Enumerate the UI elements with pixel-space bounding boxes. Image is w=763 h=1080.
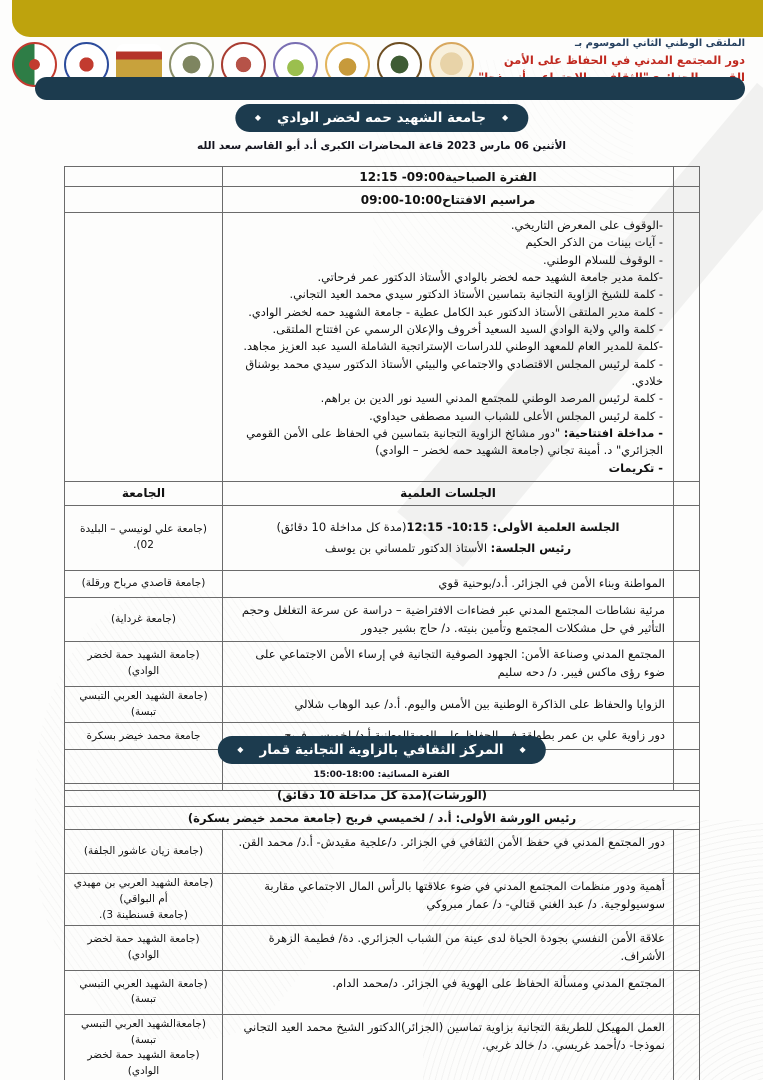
- venue2-title: المركز الثقافي بالزاوية التجانية قمار: [259, 742, 503, 758]
- workshops-header-row: (الورشات)(مدة كل مداخلة 10 دقائق): [65, 784, 700, 807]
- empty-cell: [65, 213, 223, 482]
- evening-papers: دور المجتمع المدني في حفظ الأمن الثقافي …: [65, 830, 700, 1080]
- empty-cell: [674, 187, 700, 213]
- paper-row: المجتمع المدني ومسألة الحفاظ على الهوية …: [65, 970, 700, 1014]
- paper-title: دور المجتمع المدني في حفظ الأمن الثقافي …: [223, 830, 674, 874]
- venue1-title-pill: ◆ جامعة الشهيد حمه لخضر الوادي ◆: [235, 104, 528, 132]
- empty-cell: [674, 874, 700, 926]
- ceremony-item: -كلمة مدير جامعة الشهيد حمه لخضر بالوادي…: [227, 269, 663, 286]
- paper-university: (جامعة الشهيد العربي التبسي تبسة): [65, 686, 223, 723]
- session-date-location: الأثنين 06 مارس 2023 قاعة المحاضرات الكب…: [0, 140, 763, 152]
- diamond-icon: ◆: [237, 746, 243, 754]
- workshop-chair: رئيس الورشة الأولى: أ.د / لخميسي فريح (ج…: [65, 807, 700, 830]
- paper-university: (جامعة زيان عاشور الجلفة): [65, 830, 223, 874]
- session1-header-row: الجلسة العلمية الأولى: 10:15- 12:15(مدة …: [65, 505, 700, 570]
- paper-university: (جامعة الشهيد حمة لخضر الوادي): [65, 642, 223, 687]
- morning-period: الفترة الصباحية09:00- 12:15: [223, 167, 674, 187]
- paper-row: أهمية ودور منظمات المجتمع المدني في ضوء …: [65, 874, 700, 926]
- ceremony-item: - الوقوف للسلام الوطني.: [227, 252, 663, 269]
- paper-university: جامعة محمد خيضر بسكرة: [65, 723, 223, 750]
- paper-university: (جامعة الشهيد العربي بن مهيدي أم البواقي…: [65, 874, 223, 926]
- forum-title-line1: دور المجتمع المدني في الحفاظ على الأمن: [445, 52, 745, 69]
- empty-cell: [674, 830, 700, 874]
- paper-university: (جامعة الشهيد حمة لخضر الوادي): [65, 926, 223, 971]
- top-gold-bar: [12, 0, 763, 37]
- session1-title-line: الجلسة العلمية الأولى: 10:15- 12:15(مدة …: [229, 517, 667, 538]
- ceremony-item: -كلمة للمدير العام للمعهد الوطني للدراسا…: [227, 338, 663, 355]
- workshops-header: (الورشات)(مدة كل مداخلة 10 دقائق): [65, 784, 700, 807]
- ceremony-header: مراسيم الافتتاح10:00-09:00: [223, 187, 674, 213]
- evening-period: الفترة المسائية: 18:00-15:00: [0, 770, 763, 780]
- paper-row: الزوايا والحفاظ على الذاكرة الوطنية بين …: [65, 686, 700, 723]
- paper-title: أهمية ودور منظمات المجتمع المدني في ضوء …: [223, 874, 674, 926]
- empty-cell: [674, 167, 700, 187]
- ceremony-items-list: -الوقوف على المعرض التاريخي. - آيات بينا…: [227, 217, 663, 477]
- empty-cell: [674, 570, 700, 597]
- evening-schedule-table: (الورشات)(مدة كل مداخلة 10 دقائق) رئيس ا…: [64, 783, 700, 1080]
- empty-cell: [674, 505, 700, 570]
- paper-title: المجتمع المدني وصناعة الأمن: الجهود الصو…: [223, 642, 674, 687]
- paper-row: مرئية نشاطات المجتمع المدني عبر فضاءات ا…: [65, 597, 700, 642]
- ceremony-item: - كلمة مدير الملتقى الأستاذ الدكتور عبد …: [227, 304, 663, 321]
- empty-cell: [65, 187, 223, 213]
- ceremony-item: -الوقوف على المعرض التاريخي.: [227, 217, 663, 234]
- empty-cell: [674, 597, 700, 642]
- ceremony-item: - كلمة والي ولاية الوادي السيد السعيد أخ…: [227, 321, 663, 338]
- paper-university: (جامعةالشهيد العربي التبسي تبسة) (جامعة …: [65, 1014, 223, 1080]
- paper-university: (جامعة الشهيد العربي التبسي تبسة): [65, 970, 223, 1014]
- venue2-title-pill: ◆ المركز الثقافي بالزاوية التجانية قمار …: [217, 736, 545, 764]
- session1-chair-line: رئيس الجلسة: الأستاذ الدكتور تلمساني بن …: [229, 538, 667, 559]
- empty-cell: [674, 642, 700, 687]
- table-row: الفترة الصباحية09:00- 12:15: [65, 167, 700, 187]
- empty-cell: [674, 723, 700, 750]
- paper-title: المواطنة وبناء الأمن في الجزائر. أ.د/بوح…: [223, 570, 674, 597]
- table-header-row: الجلسات العلمية الجامعة: [65, 481, 700, 505]
- paper-title: العمل المهيكل للطريقة التجانية بزاوية تم…: [223, 1014, 674, 1080]
- forum-pretitle: الملتقى الوطني الثاني الموسوم بـ: [445, 38, 745, 49]
- ceremony-item: - كلمة لرئيس المجلس الاقتصادي والاجتماعي…: [227, 356, 663, 391]
- diamond-icon: ◆: [520, 746, 526, 754]
- empty-cell: [674, 926, 700, 971]
- empty-cell: [674, 481, 700, 505]
- paper-title: الزوايا والحفاظ على الذاكرة الوطنية بين …: [223, 686, 674, 723]
- paper-row: دور المجتمع المدني في حفظ الأمن الثقافي …: [65, 830, 700, 874]
- paper-title: علاقة الأمن النفسي بجودة الحياة لدى عينة…: [223, 926, 674, 971]
- venue1-title: جامعة الشهيد حمه لخضر الوادي: [277, 110, 486, 126]
- ceremony-item: - كلمة لرئيس المجلس الأعلى للشباب السيد …: [227, 408, 663, 425]
- paper-title: مرئية نشاطات المجتمع المدني عبر فضاءات ا…: [223, 597, 674, 642]
- empty-cell: [674, 686, 700, 723]
- paper-university: (جامعة قاصدي مرباح ورقلة): [65, 570, 223, 597]
- session1-university: (جامعة علي لونيسي – البليدة 02).: [65, 505, 223, 570]
- empty-cell: [674, 1014, 700, 1080]
- ceremony-item: - كلمة للشيخ الزاوية التجانية بتماسين ال…: [227, 286, 663, 303]
- column-header-sessions: الجلسات العلمية: [223, 481, 674, 505]
- navy-divider-band: [35, 77, 745, 100]
- diamond-icon: ◆: [502, 114, 508, 122]
- ceremony-item: - تكريمات: [227, 460, 663, 477]
- paper-university: (جامعة غرداية): [65, 597, 223, 642]
- empty-cell: [674, 213, 700, 482]
- morning-papers: المواطنة وبناء الأمن في الجزائر. أ.د/بوح…: [65, 570, 700, 749]
- table-row: -الوقوف على المعرض التاريخي. - آيات بينا…: [65, 213, 700, 482]
- ceremony-item: - كلمة لرئيس المرصد الوطني للمجتمع المدن…: [227, 390, 663, 407]
- paper-row: العمل المهيكل للطريقة التجانية بزاوية تم…: [65, 1014, 700, 1080]
- workshop-chair-row: رئيس الورشة الأولى: أ.د / لخميسي فريح (ج…: [65, 807, 700, 830]
- paper-row: المجتمع المدني وصناعة الأمن: الجهود الصو…: [65, 642, 700, 687]
- table-row: مراسيم الافتتاح10:00-09:00: [65, 187, 700, 213]
- empty-cell: [65, 167, 223, 187]
- empty-cell: [674, 970, 700, 1014]
- diamond-icon: ◆: [255, 114, 261, 122]
- session1-header-cell: الجلسة العلمية الأولى: 10:15- 12:15(مدة …: [223, 505, 674, 570]
- paper-row: المواطنة وبناء الأمن في الجزائر. أ.د/بوح…: [65, 570, 700, 597]
- ceremony-item: - آيات بينات من الذكر الحكيم: [227, 234, 663, 251]
- ceremony-program-cell: -الوقوف على المعرض التاريخي. - آيات بينا…: [223, 213, 674, 482]
- morning-schedule-table: الفترة الصباحية09:00- 12:15 مراسيم الافت…: [64, 166, 700, 791]
- ceremony-item: - مداخلة افتتاحية: "دور مشائخ الزاوية ال…: [227, 425, 663, 460]
- paper-title: المجتمع المدني ومسألة الحفاظ على الهوية …: [223, 970, 674, 1014]
- paper-row: علاقة الأمن النفسي بجودة الحياة لدى عينة…: [65, 926, 700, 971]
- column-header-university: الجامعة: [65, 481, 223, 505]
